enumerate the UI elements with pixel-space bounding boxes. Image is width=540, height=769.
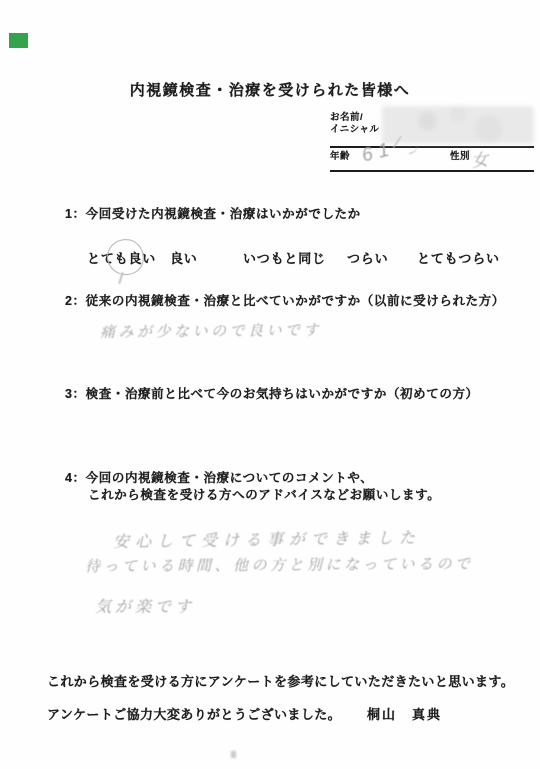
footer-thanks: アンケートご協力大変ありがとうございました。桐山 真典 <box>47 704 442 723</box>
q2-handwritten-answer: 痛みが少ないので良いです <box>100 319 322 342</box>
doctor-signature: 桐山 真典 <box>367 707 442 722</box>
q1-option-yoi: 良い <box>170 248 198 267</box>
page-title: 内視鏡検査・治療を受けられた皆様へ <box>0 79 540 100</box>
name-row: お名前/ イニシャル <box>330 112 534 148</box>
q1-option-tsurai: つらい <box>347 248 388 267</box>
q4-handwritten-answer-line1: 安心して受ける事ができました <box>113 525 421 552</box>
q4-handwritten-answer-line2: 待っている時間、他の方と別になっているので <box>85 553 474 577</box>
question-4-text-line1: 4：今回の内視鏡検査・治療についてのコメントや、 <box>65 468 373 486</box>
scanned-questionnaire-page: 内視鏡検査・治療を受けられた皆様へ お名前/ イニシャル 年齢 61 性別 女 … <box>0 0 540 769</box>
question-3-text: 3：検査・治療前と比べて今のお気持ちはいかがですか（初めての方） <box>65 384 479 402</box>
scanner-corner-mark <box>9 33 28 48</box>
question-4-text-line2: これから検査を受ける方へのアドバイスなどお願いします。 <box>88 485 440 503</box>
question-1-text: 1：今回受けた内視鏡検査・治療はいかがでしたか <box>65 204 361 222</box>
gender-label: 性別 <box>450 151 470 163</box>
q4-handwritten-answer-line3: 気が楽です <box>95 594 195 617</box>
age-label: 年齢 <box>330 151 350 163</box>
gender-handwritten-value: 女 <box>470 145 490 172</box>
q1-option-itsumo-to-onaji: いつもと同じ <box>243 248 326 267</box>
footer-thanks-text: アンケートご協力大変ありがとうございました。 <box>47 707 341 722</box>
patient-info-box: お名前/ イニシャル 年齢 61 性別 女 <box>330 110 534 170</box>
q1-option-totemo-tsurai: とてもつらい <box>417 248 500 267</box>
footer-note: これから検査を受ける方にアンケートを参考にしていただきたいと思います。 <box>47 671 514 690</box>
question-2-text: 2：従来の内視鏡検査・治療と比べていかがですか（以前に受けられた方） <box>65 291 505 309</box>
pencil-selection-circle <box>104 236 146 277</box>
scan-artifact-speck <box>231 751 236 758</box>
